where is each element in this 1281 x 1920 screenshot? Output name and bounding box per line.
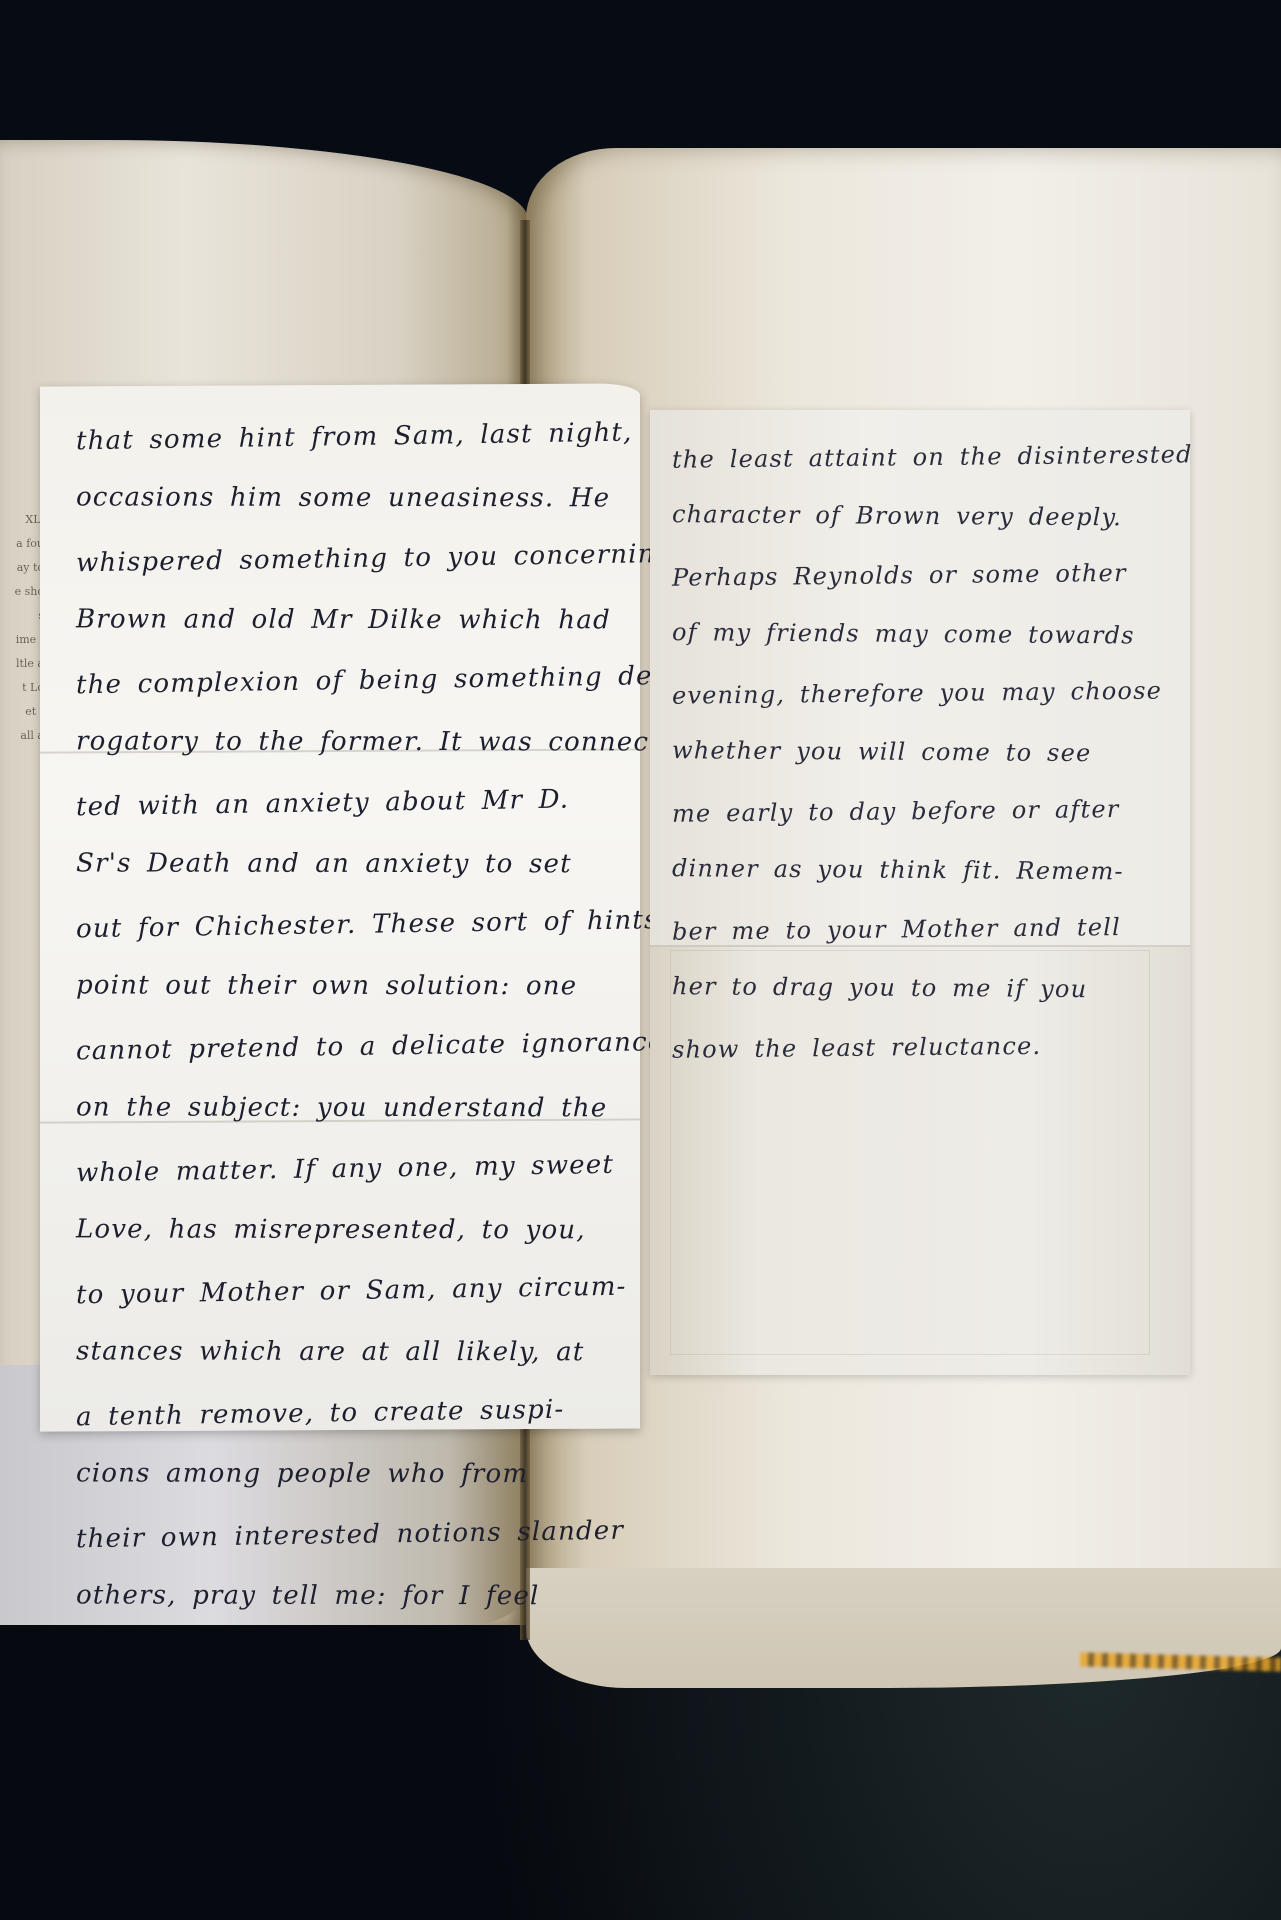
printed-line: et I: [0, 700, 44, 724]
handwritten-line: dinner as you think fit. Remem-: [672, 839, 1192, 902]
handwritten-line: that some hint from Sam, last night,: [76, 403, 637, 473]
printed-line: ay to: [0, 556, 44, 580]
handwritten-line: the complexion of being something de-: [76, 647, 637, 717]
handwritten-line: Love, has misrepresented, to you,: [76, 1199, 636, 1261]
handwritten-line: point out their own solution: one: [76, 955, 636, 1017]
handwritten-line: her to drag you to me if you: [672, 957, 1192, 1020]
handwritten-line: out for Chichester. These sort of hints: [76, 891, 637, 961]
handwritten-line: cannot pretend to a delicate ignorance: [76, 1013, 637, 1083]
printed-line: all a: [0, 724, 44, 748]
handwritten-line: cions among people who from: [76, 1443, 636, 1505]
handwritten-line: to your Mother or Sam, any circum-: [76, 1257, 637, 1327]
printed-line: e sho: [0, 580, 44, 604]
handwritten-line: me early to day before or after: [672, 779, 1193, 843]
handwritten-line: evening, therefore you may choose: [672, 661, 1193, 725]
handwritten-line: whole matter. If any one, my sweet: [76, 1135, 637, 1205]
handwritten-line: whether you will come to see: [672, 721, 1192, 784]
handwritten-line: on the subject: you understand the: [76, 1077, 636, 1139]
printed-line: XL.: [0, 508, 44, 532]
handwritten-line: ber me to your Mother and tell: [672, 897, 1193, 961]
handwritten-line: rogatory to the former. It was connec-: [76, 711, 636, 773]
printed-line: t Lo: [0, 676, 44, 700]
printed-line: s: [0, 604, 44, 628]
handwritten-text-left: that some hint from Sam, last night, occ…: [76, 405, 636, 1628]
handwritten-line: their own interested notions slander: [76, 1501, 637, 1571]
handwritten-line: character of Brown very deeply.: [672, 485, 1192, 548]
handwritten-line: the least attaint on the disinterested: [672, 425, 1193, 489]
handwritten-line: of my friends may come towards: [672, 603, 1192, 666]
handwritten-line: show the least reluctance.: [672, 1015, 1193, 1079]
letter-left-sheet: that some hint from Sam, last night, occ…: [40, 383, 640, 1431]
printed-line: a fou: [0, 532, 44, 556]
handwritten-line: a tenth remove, to create suspi-: [76, 1379, 637, 1449]
handwritten-text-right: the least attaint on the disinterested c…: [672, 428, 1192, 1077]
handwritten-line: Perhaps Reynolds or some other: [672, 543, 1193, 607]
handwritten-line: occasions him some uneasiness. He: [76, 467, 636, 529]
handwritten-line: others, pray tell me: for I feel: [76, 1565, 636, 1627]
handwritten-line: Sr's Death and an anxiety to set: [76, 833, 636, 895]
handwritten-line: ted with an anxiety about Mr D.: [76, 769, 637, 839]
handwritten-line: Brown and old Mr Dilke which had: [76, 589, 636, 651]
letter-right-sheet: the least attaint on the disinterested c…: [650, 410, 1190, 1375]
printed-line: ltle a: [0, 652, 44, 676]
printed-line: ime I: [0, 628, 44, 652]
printed-text-fragment: XL. a fou ay to e sho s ime I ltle a t L…: [0, 508, 44, 768]
handwritten-line: stances which are at all likely, at: [76, 1321, 636, 1383]
handwritten-line: whispered something to you concerning: [76, 525, 637, 595]
